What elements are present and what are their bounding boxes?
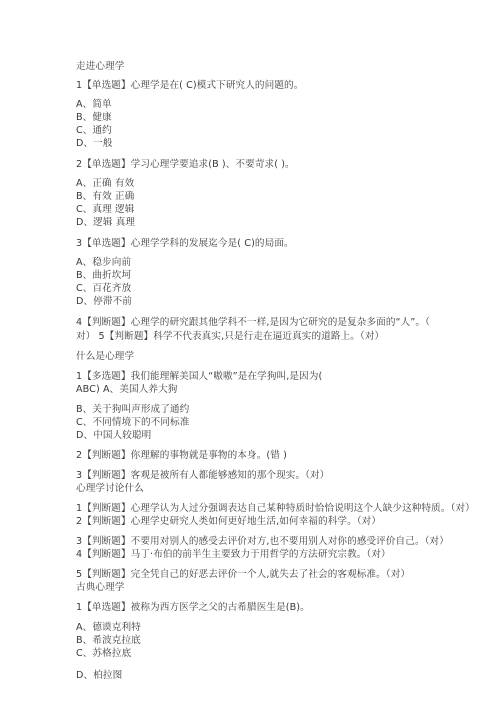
question-text: 1【单选题】被称为西方医学之父的古希腊医生是(B)。 bbox=[76, 601, 310, 614]
answer-option: A、正确 有效 bbox=[76, 177, 134, 190]
answer-option: C、百花齐放 bbox=[76, 282, 131, 295]
answer-option: A、稳步向前 bbox=[76, 256, 131, 269]
answer-option: C、通约 bbox=[76, 124, 112, 137]
question-text: 3【判断题】客观是被所有人都能够感知的那个现实。（对） bbox=[76, 469, 329, 482]
section-heading: 走进心理学 bbox=[76, 60, 124, 73]
question-text: ABC) A、美国人养大狗 bbox=[76, 383, 178, 396]
question-text: 2【判断题】心理学史研究人类如何更好地生活,如何幸福的科学。（对） bbox=[76, 515, 381, 528]
question-text: 4【判断题】心理学的研究跟其他学科不一样,是因为它研究的是复杂多面的“人”。（ bbox=[76, 316, 430, 329]
answer-option: D、中国人较聪明 bbox=[76, 429, 151, 442]
question-text: 2【判断题】你理解的事物就是事物的本身。(错 ) bbox=[76, 449, 287, 462]
question-text: 2【单选题】学习心理学要追求(B )、不要苛求( )。 bbox=[76, 158, 295, 171]
question-text: 对） 5【判断题】科学不代表真实,只是行走在逼近真实的道路上。（对） bbox=[76, 330, 384, 343]
answer-option: A、简单 bbox=[76, 98, 112, 111]
answer-option: A、德谟克利特 bbox=[76, 621, 141, 634]
section-heading: 什么是心理学 bbox=[76, 350, 134, 363]
question-text: 1【多选题】我们能理解美国人“嗷嗷”是在学狗叫,是因为( bbox=[76, 370, 322, 383]
question-text: 3【判断题】不要用对别人的感受去评价对方,也不要用别人对你的感受评价自己。（对） bbox=[76, 535, 449, 548]
answer-option: B、曲折坎坷 bbox=[76, 269, 131, 282]
section-heading: 古典心理学 bbox=[76, 581, 124, 594]
answer-option: C、苏格拉底 bbox=[76, 647, 131, 660]
question-text: 1【判断题】心理学认为人过分强调表达自己某种特质时恰恰说明这个人缺少这种特质。（… bbox=[76, 502, 475, 515]
question-text: 4【判断题】马丁·布伯的前半生主要致力于用哲学的方法研究宗教。（对） bbox=[76, 548, 391, 561]
answer-option: D、一般 bbox=[76, 137, 113, 150]
answer-option: D、柏拉图 bbox=[76, 669, 122, 682]
answer-option: C、真理 逻辑 bbox=[76, 203, 134, 216]
answer-option: D、逻辑 真理 bbox=[76, 216, 135, 229]
answer-option: B、希波克拉底 bbox=[76, 634, 141, 647]
answer-option: D、停滞不前 bbox=[76, 295, 132, 308]
answer-option: B、关于狗叫声形成了通约 bbox=[76, 403, 189, 416]
question-text: 1【单选题】心理学是在( C)模式下研究人的问题的。 bbox=[76, 79, 303, 92]
answer-option: B、有效 正确 bbox=[76, 190, 134, 203]
answer-option: B、健康 bbox=[76, 111, 112, 124]
section-heading: 心理学讨论什么 bbox=[76, 482, 144, 495]
question-text: 5【判断题】完全凭自己的好恶去评价一个人,就失去了社会的客观标准。（对） bbox=[76, 568, 410, 581]
question-text: 3【单选题】心理学学科的发展迄今是( C)的局面。 bbox=[76, 237, 294, 250]
answer-option: C、不同情境下的不同标准 bbox=[76, 416, 189, 429]
